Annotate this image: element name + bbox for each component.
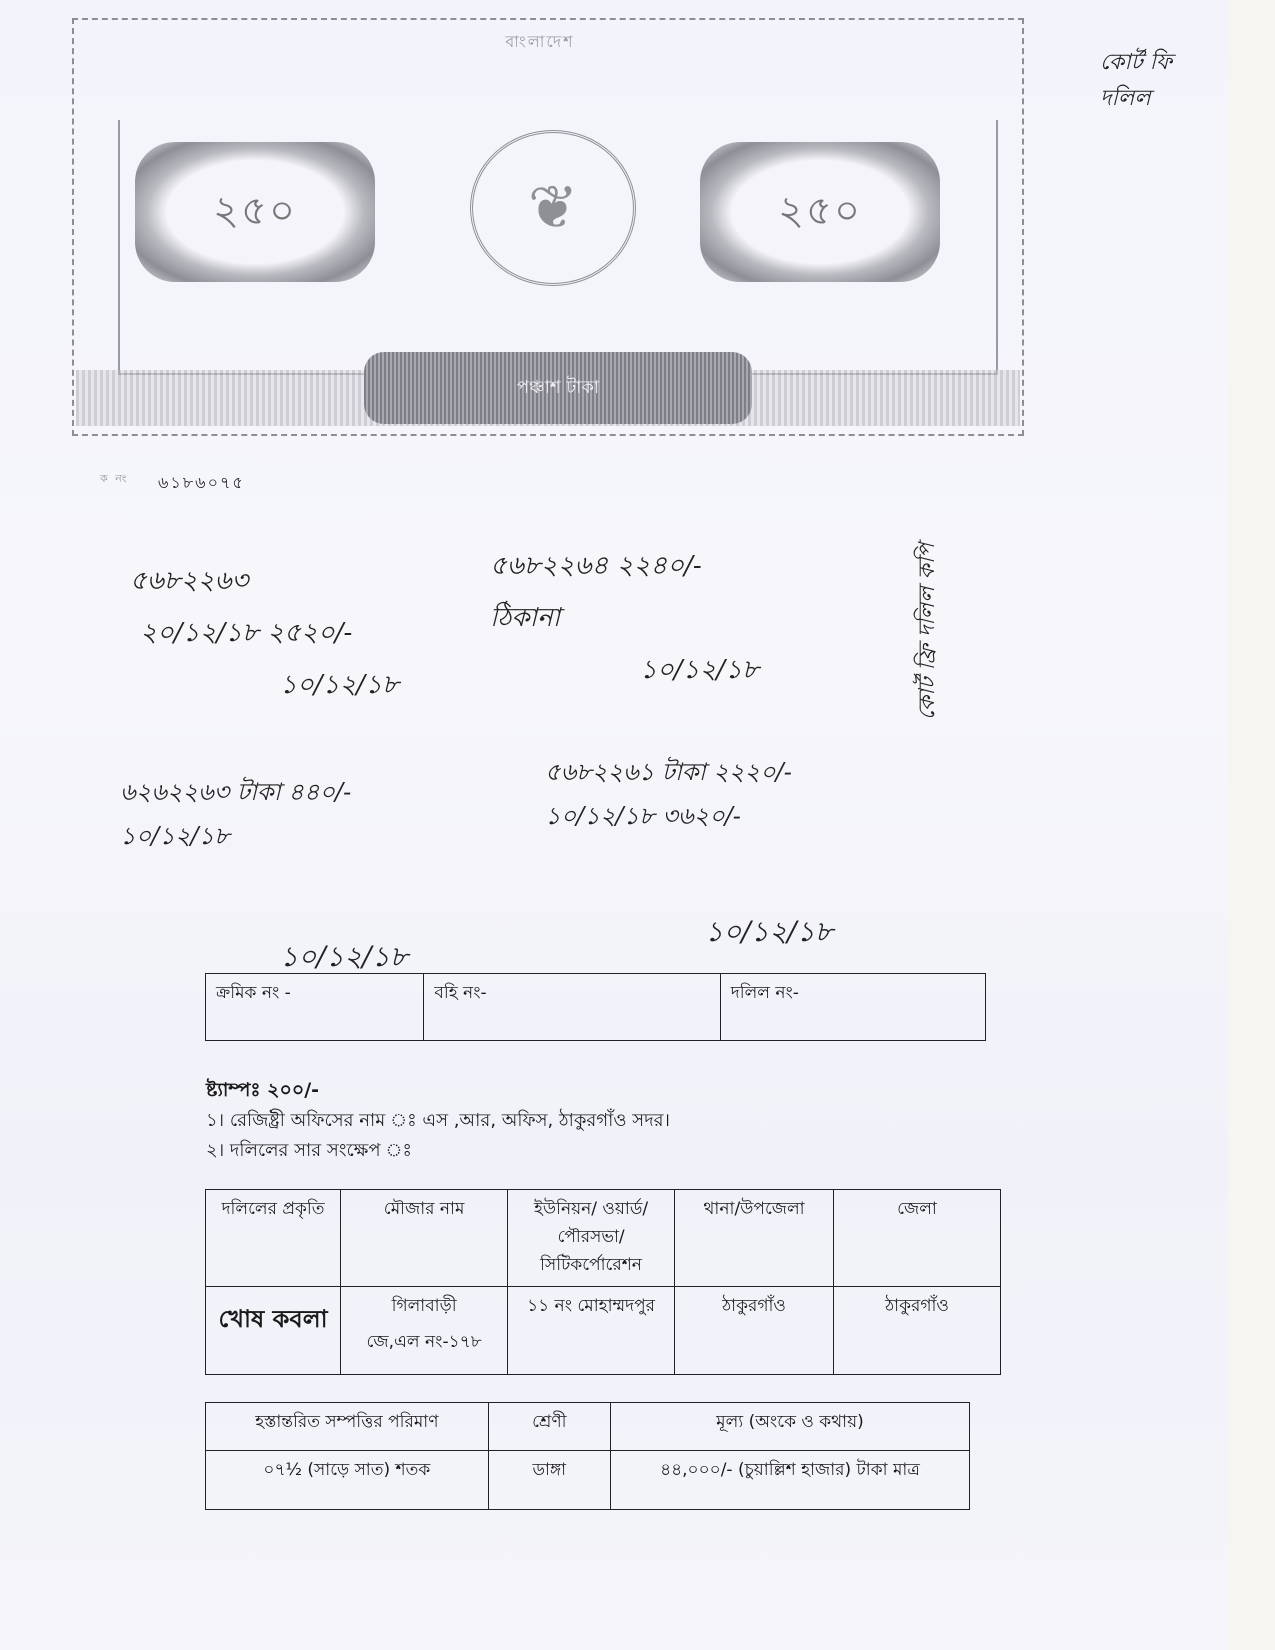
handwritten-block-mid-right: ৫৬৮২২৬১ টাকা ২২২০/- ১০/১২/১৮ ৩৬২০/- (545, 750, 792, 838)
hand-line: ১০/১২/১৮ (130, 659, 399, 711)
cell-value: ৪৪,০০০/- (চুয়াল্লিশ হাজার) টাকা মাত্র (610, 1451, 969, 1510)
hand-line: ৬২৬২২৬৩ টাকা ৪৪০/- (120, 770, 351, 814)
header-district: জেলা (834, 1190, 1001, 1287)
cell-mouza: গিলাবাড়ী জে,এল নং-১৭৮ (341, 1287, 508, 1375)
stamp-value-left: ২৫০ (135, 142, 375, 282)
deed-summary-line: ২। দলিলের সার সংক্ষেপ ঃ (206, 1136, 412, 1167)
serial-prefix: ক নং (100, 470, 129, 489)
header-property-amount: হস্তান্তরিত সম্পত্তির পরিমাণ (206, 1403, 489, 1451)
handwritten-date-right: ১০/১২/১৮ (705, 910, 833, 957)
property-value-table: হস্তান্তরিত সম্পত্তির পরিমাণ শ্রেণী মূল্… (205, 1402, 970, 1510)
handwritten-note-top-right: কোর্ট ফি দলিল (1100, 45, 1172, 117)
handwritten-block-left: ৫৬৮২২৬৩ ২০/১২/১৮ ২৫২০/- ১০/১২/১৮ (130, 555, 399, 711)
cell-union: ১১ নং মোহাম্মদপুর (508, 1287, 675, 1375)
cell-class: ডাঙ্গা (488, 1451, 610, 1510)
handwritten-block-right: ৫৬৮২২৬৪ ২২৪০/- ঠিকানা ১০/১২/১৮ (490, 540, 759, 696)
stamp-fee-line: ষ্ট্যাম্পঃ ২০০/- (206, 1076, 319, 1108)
handwritten-block-mid-left: ৬২৬২২৬৩ টাকা ৪৪০/- ১০/১২/১৮ (120, 770, 351, 858)
header-mouza: মৌজার নাম (341, 1190, 508, 1287)
header-deed-type: দলিলের প্রকৃতি (206, 1190, 341, 1287)
stamp-header-text: বাংলাদেশ (100, 22, 980, 62)
jl-number: জে,এল নং-১৭৮ (351, 1329, 497, 1357)
cell-district: ঠাকুরগাঁও (834, 1287, 1001, 1375)
registry-office-line: ১। রেজিষ্ট্রী অফিসের নাম ঃ এস ,আর, অফিস,… (206, 1106, 670, 1137)
hand-line: ৫৬৮২২৬৩ (130, 555, 399, 607)
header-value: মূল্য (অংকে ও কথায়) (610, 1403, 969, 1451)
cell-thana: ঠাকুরগাঁও (675, 1287, 834, 1375)
header-union: ইউনিয়ন/ ওয়ার্ড/ পৌরসভা/ সিটিকর্পোরেশন (508, 1190, 675, 1287)
stamp-value-words: পঞ্চাশ টাকা (364, 352, 752, 424)
national-emblem-icon: ❦ (470, 130, 636, 286)
hand-line: ২০/১২/১৮ ২৫২০/- (130, 607, 399, 659)
handwritten-vertical-note: কোর্ট ফ্রি দলিল কপি (910, 543, 947, 720)
hand-line: ৫৬৮২২৬৪ ২২৪০/- (490, 540, 759, 592)
hand-line: ১০/১২/১৮ (490, 644, 759, 696)
deed-summary-table: দলিলের প্রকৃতি মৌজার নাম ইউনিয়ন/ ওয়ার্… (205, 1189, 1001, 1375)
book-no-cell: বহি নং- (424, 974, 720, 1041)
serial-no-cell: ক্রমিক নং - (206, 974, 424, 1041)
cell-deed-type: খোষ কবলা (206, 1287, 341, 1375)
registry-number-table: ক্রমিক নং - বহি নং- দলিল নং- (205, 973, 986, 1041)
hand-line: ঠিকানা (490, 592, 759, 644)
scan-background (1228, 0, 1275, 1650)
stamp-value-right: ২৫০ (700, 142, 940, 282)
header-class: শ্রেণী (488, 1403, 610, 1451)
deed-no-cell: দলিল নং- (720, 974, 985, 1041)
mouza-name: গিলাবাড়ী (351, 1293, 497, 1321)
hand-line: ১০/১২/১৮ ৩৬২০/- (545, 794, 792, 838)
hand-line: ৫৬৮২২৬১ টাকা ২২২০/- (545, 750, 792, 794)
header-thana: থানা/উপজেলা (675, 1190, 834, 1287)
cell-property-amount: ০৭½ (সাড়ে সাত) শতক (206, 1451, 489, 1510)
hand-line: ১০/১২/১৮ (120, 814, 351, 858)
serial-number: ৬১৮৬০৭৫ (158, 470, 245, 497)
